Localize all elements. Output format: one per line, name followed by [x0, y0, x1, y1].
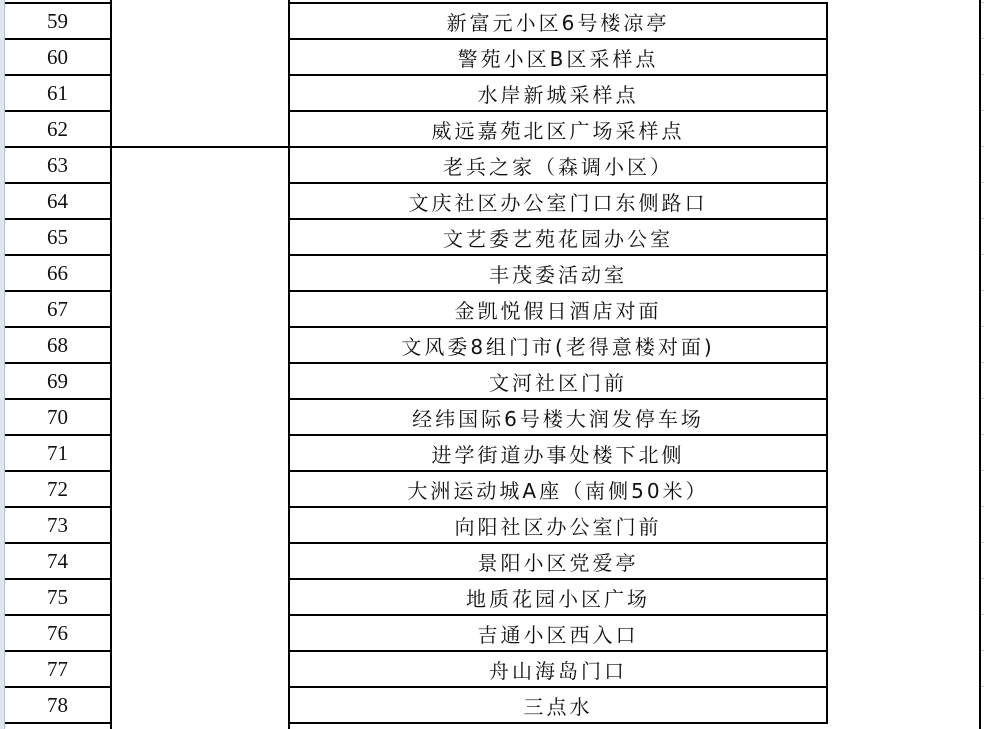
- table-row: 72: [5, 470, 110, 506]
- table-row: 66: [5, 254, 110, 290]
- row-number-cell[interactable]: 68: [5, 328, 110, 362]
- table-row: 74: [5, 542, 110, 578]
- column-border: [288, 0, 290, 729]
- site-name-cell[interactable]: 文艺委艺苑花园办公室: [288, 220, 828, 254]
- table-row: 60: [5, 38, 110, 74]
- site-name-cell[interactable]: 威远嘉苑北区广场采样点: [288, 112, 828, 146]
- site-name-cell[interactable]: 新富元小区6号楼凉亭: [288, 4, 828, 38]
- table-row: 67: [5, 290, 110, 326]
- table-row: 69: [5, 362, 110, 398]
- row-number-cell[interactable]: 74: [5, 544, 110, 578]
- table-row: 64: [5, 182, 110, 218]
- row-number-cell[interactable]: 59: [5, 4, 110, 38]
- site-name-cell[interactable]: 文庆社区办公室门口东侧路口: [288, 184, 828, 218]
- row-number-cell[interactable]: 71: [5, 436, 110, 470]
- table-row: 59: [5, 2, 110, 38]
- site-name-cell[interactable]: 老兵之家（森调小区）: [288, 148, 828, 182]
- row-number-cell[interactable]: 69: [5, 364, 110, 398]
- site-name-cell[interactable]: 地质花园小区广场: [288, 580, 828, 614]
- row-number-cell[interactable]: 78: [5, 688, 110, 722]
- site-name-cell[interactable]: 文河社区门前: [288, 364, 828, 398]
- table-row: 63: [5, 146, 288, 182]
- table-row: 78: [5, 686, 110, 722]
- site-name-cell[interactable]: 舟山海岛门口: [288, 652, 828, 686]
- site-name-cell[interactable]: 吉通小区西入口: [288, 616, 828, 650]
- table-row: 62: [5, 110, 110, 146]
- site-name-cell[interactable]: 经纬国际6号楼大润发停车场: [288, 400, 828, 434]
- row-number-cell[interactable]: 77: [5, 652, 110, 686]
- row-number-cell[interactable]: 67: [5, 292, 110, 326]
- site-name-cell[interactable]: 景阳小区党爱亭: [288, 544, 828, 578]
- row-number-cell[interactable]: 61: [5, 76, 110, 110]
- site-name-cell[interactable]: 大洲运动城A座（南侧50米）: [288, 472, 828, 506]
- site-name-cell[interactable]: 三点水: [288, 688, 828, 722]
- table-row: 68: [5, 326, 110, 362]
- table-row: 65: [5, 218, 110, 254]
- site-name-cell[interactable]: 丰茂委活动室: [288, 256, 828, 290]
- table-row: 73: [5, 506, 110, 542]
- row-number-cell[interactable]: 63: [5, 148, 110, 182]
- site-name-cell[interactable]: 金凯悦假日酒店对面: [288, 292, 828, 326]
- site-name-cell[interactable]: 向阳社区办公室门前: [288, 508, 828, 542]
- site-name-cell[interactable]: 警苑小区B区采样点: [288, 40, 828, 74]
- row-number-cell[interactable]: 73: [5, 508, 110, 542]
- row-divider: [5, 722, 110, 724]
- row-number-cell[interactable]: 65: [5, 220, 110, 254]
- row-number-cell[interactable]: 62: [5, 112, 110, 146]
- row-divider: [288, 722, 828, 724]
- row-number-cell[interactable]: 70: [5, 400, 110, 434]
- table-row: 76: [5, 614, 110, 650]
- row-number-cell[interactable]: 72: [5, 472, 110, 506]
- column-border: [110, 0, 112, 729]
- table-row: 70: [5, 398, 110, 434]
- row-number-cell[interactable]: 75: [5, 580, 110, 614]
- table-row: 61: [5, 74, 110, 110]
- table-row: 75: [5, 578, 110, 614]
- row-number-cell[interactable]: 66: [5, 256, 110, 290]
- site-name-cell[interactable]: 进学街道办事处楼下北侧: [288, 436, 828, 470]
- row-number-cell[interactable]: 60: [5, 40, 110, 74]
- site-name-cell[interactable]: 文风委8组门市(老得意楼对面): [288, 328, 828, 362]
- row-number-cell[interactable]: 76: [5, 616, 110, 650]
- table-row: 71: [5, 434, 110, 470]
- table-row: 77: [5, 650, 110, 686]
- site-name-cell[interactable]: 水岸新城采样点: [288, 76, 828, 110]
- row-number-cell[interactable]: 64: [5, 184, 110, 218]
